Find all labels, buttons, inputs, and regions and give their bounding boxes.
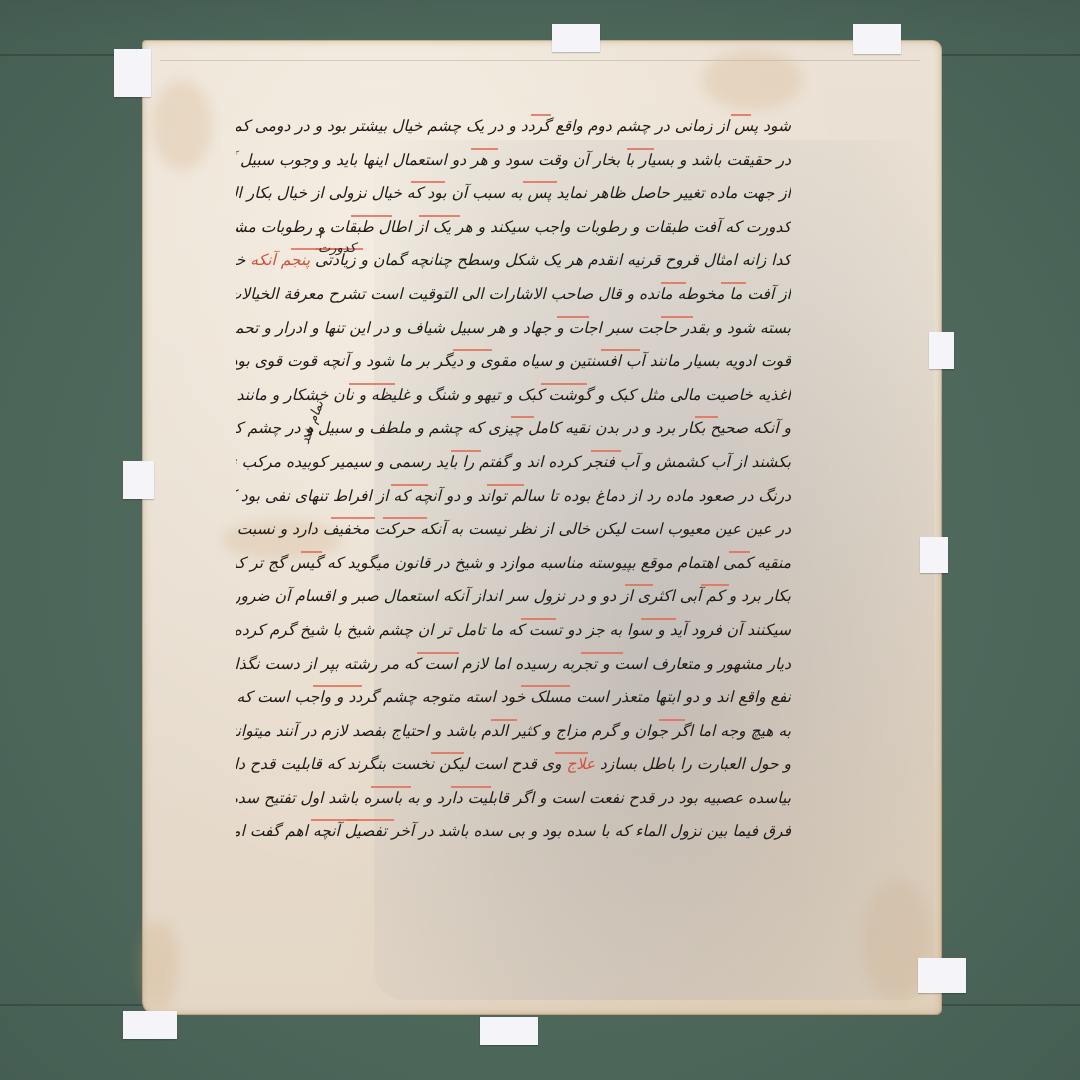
red-overline [419,215,460,217]
red-overline [331,517,375,519]
manuscript-line: در حقیقت باشد و بسیار با بخار آن وقت سود… [236,144,791,178]
red-overline [351,215,392,217]
manuscript-line: بکار برد و کم آبی اکثری از دو و در نزول … [236,580,791,614]
red-overline [641,618,676,620]
manuscript-line: شود پس از زمانی در چشم دوم واقع گردد و د… [236,110,791,144]
red-overline [695,416,718,418]
line-text: قوت ادویه بسیار مانند آب افسنتین و سیاه … [236,352,791,370]
red-overline [731,114,751,116]
red-overline [581,652,623,654]
red-overline [411,181,445,183]
rubric-heading: پنجم آنکه [250,251,310,269]
red-overline [451,786,491,788]
red-overline [627,148,654,150]
manuscript-line: بیاسده عصبیه بود در قدح نفعت است و اگر ق… [236,782,791,816]
line-text: بسته شود و بقدر حاجت سبر اجات و جهاد و ه… [236,319,791,337]
paper-stain [138,920,178,1010]
tape-hinge [552,24,600,52]
manuscript-line: از جهت ماده تغییر حاصل ظاهر نماید پس به … [236,177,791,211]
line-text: سیکنند آن فرود آید و سوا به جز دو تست که… [236,621,791,639]
red-overline [431,752,464,754]
tape-hinge [853,24,901,54]
manuscript-line: درنگ در صعود ماده رد از دماغ بوده تا سال… [236,480,791,514]
margin-note: تمام شد [290,415,335,430]
red-overline [701,584,729,586]
line-text: وی قدح است لیکن نخست بنگرند که قابلیت قد… [236,755,566,773]
line-text: نفع واقع اند و دو ابتها متعذر است مسلک خ… [236,688,791,706]
red-overline [451,450,481,452]
red-overline [557,316,589,318]
manuscript-line: دیار مشهور و متعارف است و تجربه رسیده ام… [236,648,791,682]
red-overline [661,316,693,318]
line-text: بکار برد و کم آبی اکثری از دو و در نزول … [236,587,791,605]
manuscript-line: بکشند از آب کشمش و آب فنجر کرده اند و گف… [236,446,791,480]
tape-hinge [929,332,954,369]
red-overline [523,181,557,183]
manuscript-line: فرق فیما بین نزول الماء که با سده بود و … [236,815,791,849]
line-text: به هیچ وجه اما اگر جوان و گرم مزاج و کثی… [236,722,791,740]
manuscript-line: قوت ادویه بسیار مانند آب افسنتین و سیاه … [236,345,791,379]
tape-hinge [123,1011,177,1039]
manuscript-line: به هیچ وجه اما اگر جوان و گرم مزاج و کثی… [236,715,791,749]
manuscript-line: و حول العبارت را باطل بسازد علاج وی قدح … [236,748,791,782]
red-overline [311,819,358,821]
manuscript-line: نفع واقع اند و دو ابتها متعذر است مسلک خ… [236,681,791,715]
manuscript-line: سیکنند آن فرود آید و سوا به جز دو تست که… [236,614,791,648]
red-overline [521,685,570,687]
line-text: در حقیقت باشد و بسیار با بخار آن وقت سود… [236,151,791,169]
red-overline [511,416,534,418]
rubric-heading: علاج [566,755,595,773]
red-overline [471,148,498,150]
paper-stain [702,50,802,110]
manuscript-line: از آفت ما مخوطه مانده و قال صاحب الاشارا… [236,278,791,312]
line-text: بکشند از آب کشمش و آب فنجر کرده اند و گف… [236,453,791,471]
red-overline [391,484,428,486]
line-text: در عین عین معیوب است لیکن خالی از نظر نی… [236,520,791,538]
red-overline [625,584,653,586]
line-text: خیالات نزول همیشه از شش ماه بیشتر رود که… [236,251,250,269]
red-overline [555,752,588,754]
line-text: کدا زانه امثال قروح قرنیه انقدم هر یک شک… [310,251,791,269]
manuscript-line: منقیه کمی اهتمام موقع بپیوسته مناسبه موا… [236,547,791,581]
manuscript-line: بسته شود و بقدر حاجت سبر اجات و جهاد و ه… [236,312,791,346]
red-overline [349,383,395,385]
red-overline [601,349,640,351]
tape-hinge [480,1017,538,1045]
red-overline [383,517,427,519]
red-overline [661,282,686,284]
red-overline [521,618,556,620]
margin-note-text: کدورت [318,241,356,256]
line-text: درنگ در صعود ماده رد از دماغ بوده تا سال… [236,487,791,505]
red-overline [591,450,621,452]
red-overline [721,282,746,284]
red-overline [487,484,524,486]
tape-hinge [114,49,151,97]
manuscript-text: شود پس از زمانی در چشم دوم واقع گردد و د… [236,110,791,849]
line-text: دیار مشهور و متعارف است و تجربه رسیده ام… [236,655,791,673]
red-overline [659,719,685,721]
red-overline [531,114,551,116]
tape-hinge [920,537,948,573]
margin-note: ۲کدورت [318,228,356,256]
line-text: بیاسده عصبیه بود در قدح نفعت است و اگر ق… [236,789,791,807]
red-overline [453,349,492,351]
red-overline [301,551,322,553]
red-overline [729,551,750,553]
red-overline [417,652,459,654]
manuscript-line: در عین عین معیوب است لیکن خالی از نظر نی… [236,513,791,547]
margin-note-number: ۲ [318,228,356,241]
line-text: شود پس از زمانی در چشم دوم واقع گردد و د… [236,117,791,135]
tape-hinge [918,958,966,993]
red-overline [491,719,517,721]
paper-stain [152,80,212,170]
line-text: و حول العبارت را باطل بسازد [595,755,791,773]
line-text: منقیه کمی اهتمام موقع بپیوسته مناسبه موا… [236,554,791,572]
red-overline [541,383,587,385]
tape-hinge [123,461,154,499]
line-text: از جهت ماده تغییر حاصل ظاهر نماید پس به … [236,184,791,202]
line-text: از آفت ما مخوطه مانده و قال صاحب الاشارا… [236,285,791,303]
red-overline [371,786,411,788]
red-overline [313,685,362,687]
line-text: فرق فیما بین نزول الماء که با سده بود و … [236,822,791,840]
